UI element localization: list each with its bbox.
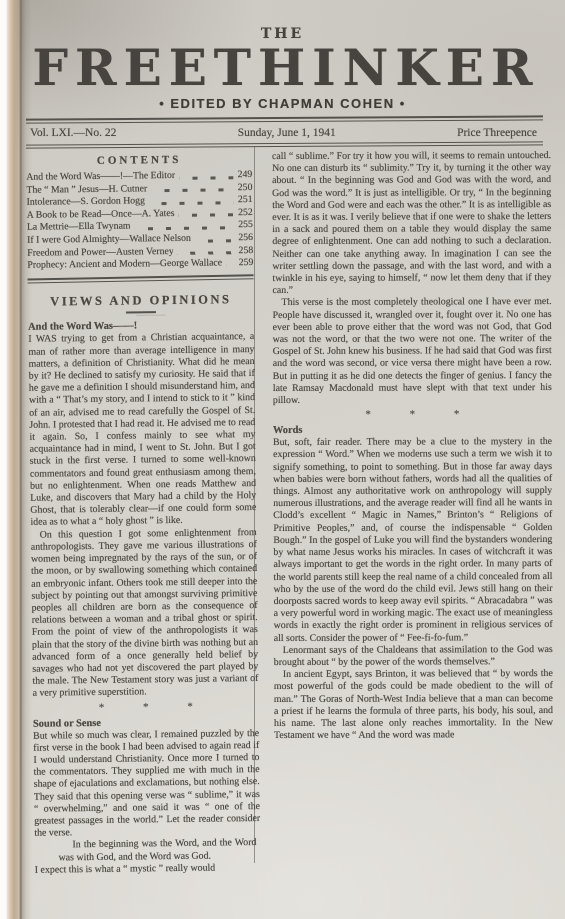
- editor-line: • EDITED BY CHAPMAN COHEN •: [0, 96, 565, 111]
- dash-leader: [226, 264, 235, 267]
- masthead: THE FREETHINKER • EDITED BY CHAPMAN COHE…: [0, 0, 565, 111]
- issue-date: Sunday, June 1, 1941: [238, 127, 336, 139]
- contents-entry-title: And the Word Was——!—The Editor: [26, 170, 175, 184]
- dash-leader: [178, 251, 235, 255]
- paragraph: But while so much was clear, I remained …: [33, 727, 260, 840]
- paragraph: call “ sublime.” For try it how you will…: [272, 150, 552, 297]
- heading-ornament: [126, 312, 156, 314]
- price: Price Threepence: [457, 127, 537, 139]
- contents-entry-page: 252: [238, 207, 253, 220]
- dash-leader: [179, 214, 235, 218]
- newspaper-page-scan: THE FREETHINKER • EDITED BY CHAPMAN COHE…: [0, 0, 565, 919]
- scripture-quote: In the beginning was the Word, and the W…: [58, 837, 256, 864]
- section-heading: VIEWS AND OPINIONS: [28, 292, 254, 310]
- paragraph: In ancient Egypt, says Brinton, it was b…: [274, 668, 553, 742]
- asterisk-divider: * * *: [273, 407, 552, 422]
- paragraph: But, soft, fair reader. There may be a c…: [273, 436, 553, 644]
- asterisk-divider: * * *: [33, 698, 259, 715]
- contents-entry-page: 249: [238, 169, 253, 182]
- right-column: call “ sublime.” For try it how you will…: [268, 150, 554, 897]
- left-column: CONTENTS And the Word Was——!—The Editor …: [26, 151, 261, 897]
- article-body-left: And the Word Was——! I WAS trying to get …: [28, 318, 261, 876]
- contents-entry-page: 255: [238, 219, 253, 232]
- dash-leader: [151, 188, 234, 192]
- paragraph: I expect this is what a “ mystic ” reall…: [35, 862, 261, 877]
- dash-leader: [179, 176, 234, 180]
- dash-leader: [135, 226, 235, 230]
- contents-entry-page: 258: [238, 245, 253, 258]
- contents-box: CONTENTS And the Word Was——!—The Editor …: [26, 153, 254, 282]
- contents-entry-page: 259: [239, 257, 254, 270]
- contents-entry-title: Prophecy: Ancient and Modern—George Wall…: [27, 258, 222, 273]
- volume-number: Vol. LXI.—No. 22: [30, 127, 116, 139]
- contents-entry-page: 250: [238, 182, 253, 195]
- article-subhead: Words: [273, 423, 552, 437]
- contents-row: Prophecy: Ancient and Modern—George Wall…: [27, 257, 253, 272]
- contents-entry-page: 256: [238, 232, 253, 245]
- paragraph: I WAS trying to get from a Christian acq…: [28, 331, 256, 529]
- contents-entry-page: 251: [238, 194, 253, 207]
- paragraph: On this question I got some enlightenmen…: [31, 527, 259, 701]
- paragraph: This verse is the most completely theolo…: [273, 296, 552, 407]
- dateline: Vol. LXI.—No. 22 Sunday, June 1, 1941 Pr…: [0, 122, 565, 143]
- contents-title: CONTENTS: [26, 153, 252, 168]
- article-columns: CONTENTS And the Word Was——!—The Editor …: [0, 147, 565, 897]
- paragraph: Lenormant says of the Chaldeans that ass…: [274, 644, 553, 669]
- dash-leader: [195, 239, 235, 242]
- newspaper-title: FREETHINKER: [0, 42, 565, 94]
- contents-bottom-rule: [28, 274, 254, 283]
- page-edge: [0, 0, 32, 919]
- contents-entry-title: A Book to be Read—Once—A. Yates: [27, 208, 175, 222]
- dash-leader: [149, 201, 234, 205]
